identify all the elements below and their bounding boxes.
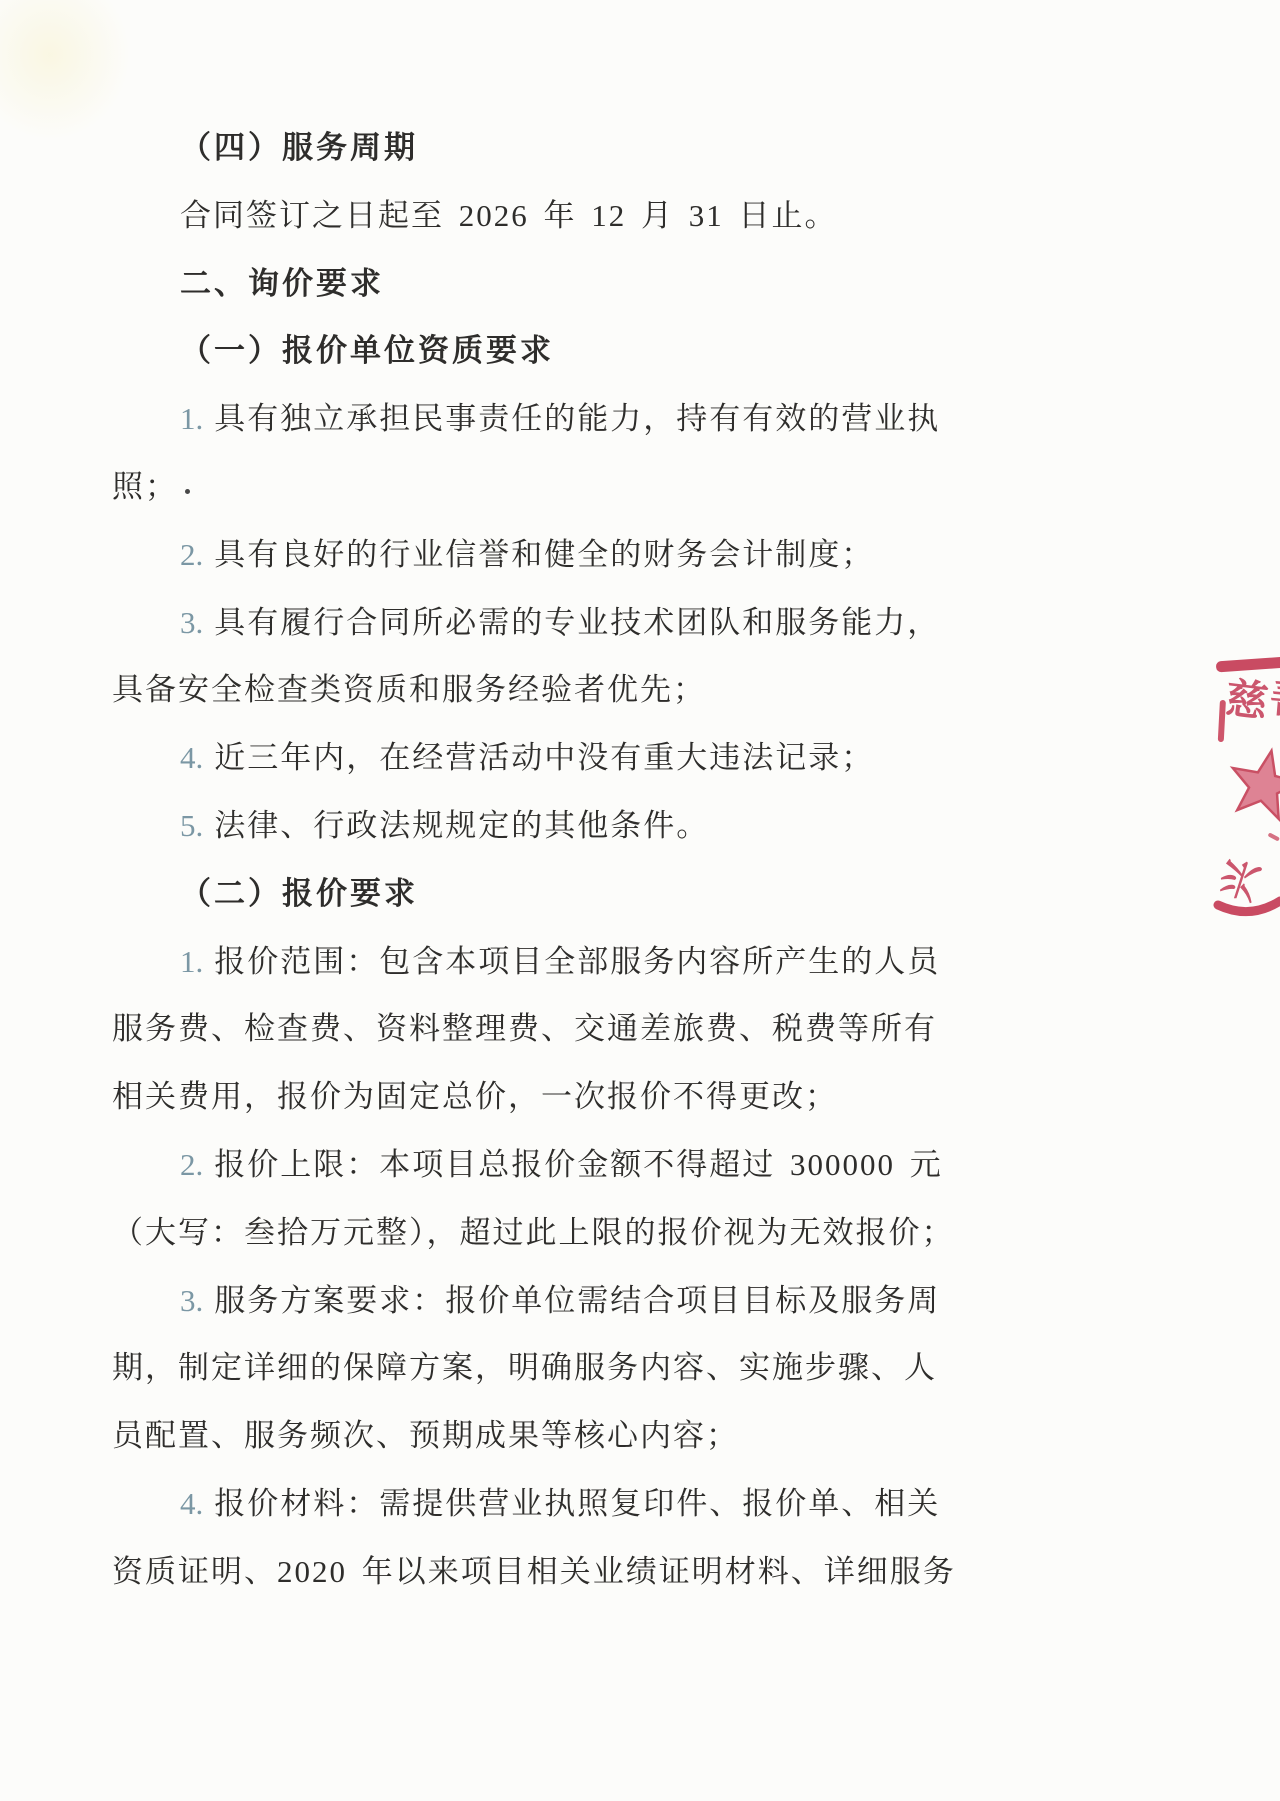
- text-line: 资质证明、2020 年以来项目相关业绩证明材料、详细服务: [112, 1538, 1172, 1606]
- line-text: 近三年内，在经营活动中没有重大违法记录；: [214, 740, 874, 775]
- list-number: 4.: [180, 1486, 203, 1521]
- text-line: 期，制定详细的保障方案，明确服务内容、实施步骤、人: [112, 1334, 1172, 1402]
- text-line: 4.近三年内，在经营活动中没有重大违法记录；: [112, 724, 1172, 792]
- list-number: 3.: [180, 1283, 203, 1318]
- list-number: 4.: [180, 740, 203, 775]
- seal-frame-top-bar: [1216, 656, 1280, 673]
- list-number: 2.: [180, 537, 203, 572]
- heading-line: （二）报价要求: [112, 860, 1172, 928]
- line-text: 报价材料：需提供营业执照复印件、报价单、相关: [214, 1486, 940, 1521]
- list-number: 5.: [180, 808, 203, 843]
- text-line: 服务费、检查费、资料整理费、交通差旅费、税费等所有: [112, 995, 1172, 1063]
- text-line: 具备安全检查类资质和服务经验者优先；: [112, 656, 1172, 724]
- text-line: 1.具有独立承担民事责任的能力，持有有效的营业执: [112, 385, 1172, 453]
- text-line: 4.报价材料：需提供营业执照复印件、报价单、相关: [112, 1470, 1172, 1538]
- line-text: 报价范围：包含本项目全部服务内容所产生的人员: [214, 944, 940, 979]
- seal-char-partial: 善: [1268, 674, 1280, 724]
- seal-stray-mark: [1268, 832, 1280, 841]
- text-line: 5.法律、行政法规规定的其他条件。: [112, 792, 1172, 860]
- list-number: 3.: [180, 605, 203, 640]
- text-line: （大写：叁拾万元整），超过此上限的报价视为无效报价；: [112, 1199, 1172, 1267]
- line-text: 具有良好的行业信誉和健全的财务会计制度；: [214, 537, 874, 572]
- list-number: 2.: [180, 1147, 203, 1182]
- line-text: 服务方案要求：报价单位需结合项目目标及服务周: [214, 1283, 940, 1318]
- seal-rim-arc: [1218, 901, 1280, 912]
- heading-line: （四）服务周期: [112, 114, 1172, 182]
- line-text: 具有独立承担民事责任的能力，持有有效的营业执: [214, 401, 940, 436]
- seal-graphic: 慈 善 兴: [1212, 648, 1280, 928]
- text-line: 合同签订之日起至 2026 年 12 月 31 日止。: [112, 182, 1172, 250]
- text-line: 员配置、服务频次、预期成果等核心内容；: [112, 1402, 1172, 1470]
- text-block: （四）服务周期合同签订之日起至 2026 年 12 月 31 日止。二、询价要求…: [112, 114, 1172, 1606]
- seal-char-main: 慈: [1223, 675, 1270, 727]
- text-line: 相关费用，报价为固定总价，一次报价不得更改；: [112, 1063, 1172, 1131]
- heading-line: 二、询价要求: [112, 250, 1172, 318]
- seal-char-bottom: 兴: [1213, 853, 1268, 906]
- heading-line: （一）报价单位资质要求: [112, 317, 1172, 385]
- text-line: 2.报价上限：本项目总报价金额不得超过 300000 元: [112, 1131, 1172, 1199]
- line-text: 报价上限：本项目总报价金额不得超过 300000 元: [214, 1147, 943, 1182]
- seal-frame-side-bar: [1218, 700, 1226, 742]
- line-text: 法律、行政法规规定的其他条件。: [214, 808, 709, 843]
- ink-speck: [185, 489, 190, 494]
- scan-discoloration: [0, 0, 130, 140]
- document-page: { "page": { "background_color": "#fcfcfa…: [0, 0, 1280, 1801]
- text-line: 3.服务方案要求：报价单位需结合项目目标及服务周: [112, 1267, 1172, 1335]
- text-line: 2.具有良好的行业信誉和健全的财务会计制度；: [112, 521, 1172, 589]
- line-text: 具有履行合同所必需的专业技术团队和服务能力，: [214, 605, 940, 640]
- text-line: 3.具有履行合同所必需的专业技术团队和服务能力，: [112, 589, 1172, 657]
- text-line: 照；: [112, 453, 1172, 521]
- list-number: 1.: [180, 944, 203, 979]
- official-seal-stamp: 慈 善 兴: [1212, 648, 1280, 928]
- text-line: 1.报价范围：包含本项目全部服务内容所产生的人员: [112, 928, 1172, 996]
- star-icon: [1224, 744, 1280, 822]
- list-number: 1.: [180, 401, 203, 436]
